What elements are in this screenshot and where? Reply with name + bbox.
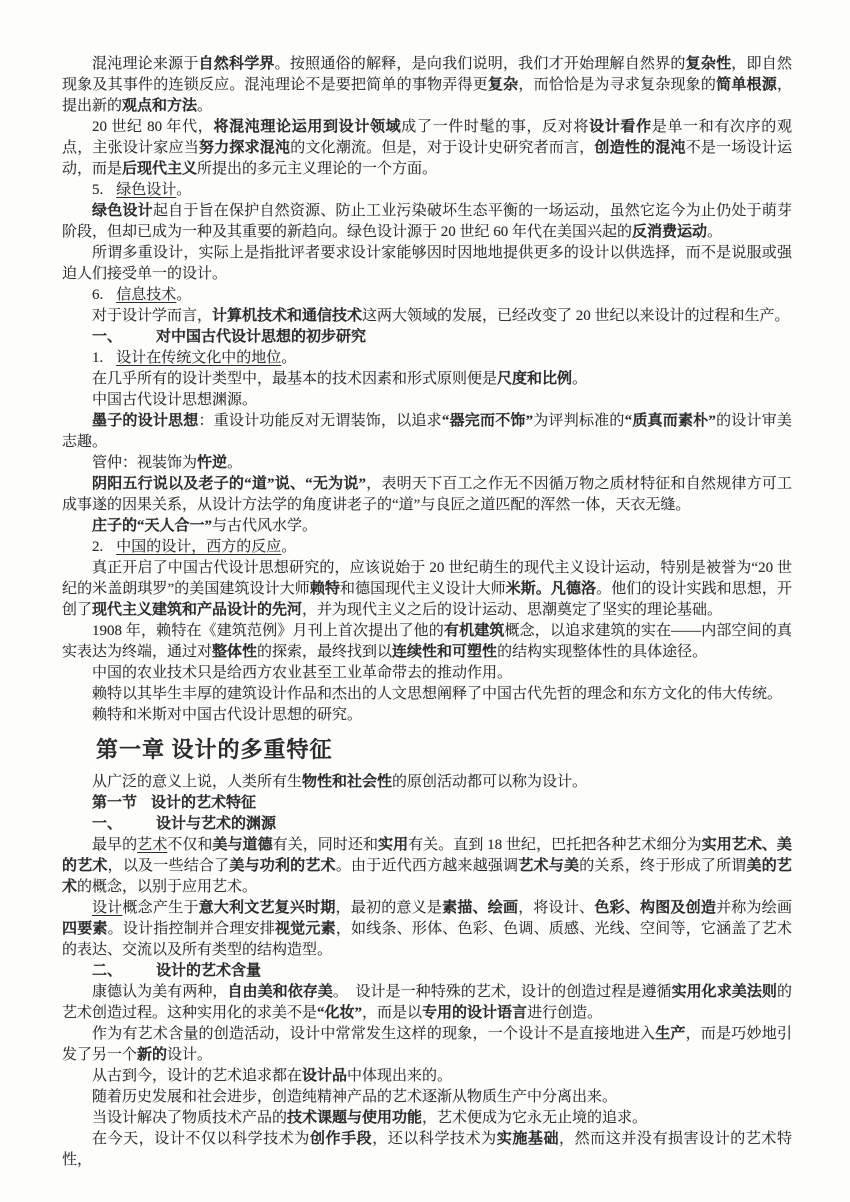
- text-run: 努力探求混沌: [199, 140, 290, 156]
- text-run: 有关，同时还和: [273, 837, 378, 853]
- text-run: 中国的农业技术只是给西方农业甚至工业革命带去的推动作用。: [92, 665, 512, 681]
- text-run: ，将设计、: [518, 900, 594, 916]
- text-run: 尺度和比例: [497, 371, 572, 387]
- text-run: 在今天，设计不仅以科学技术为: [92, 1131, 310, 1147]
- text-run: 米斯。凡德洛: [506, 581, 596, 597]
- text-run: 实施基础: [497, 1131, 559, 1147]
- text-run: 美与功利的艺术: [229, 858, 335, 874]
- paragraph: 设计概念产生于意大利文艺复兴时期，最初的意义是素描、绘画，将设计、色彩、构图及创…: [62, 898, 792, 961]
- text-run: ：重设计功能反对无谓装饰，以追求: [198, 413, 441, 429]
- paragraph: 赖特和米斯对中国古代设计思想的研究。: [62, 705, 792, 726]
- text-run: 。: [281, 539, 296, 555]
- text-run: 物性和社会性: [302, 774, 392, 790]
- text-run: 自然科学界: [199, 56, 275, 72]
- text-run: 自由美和依存美: [227, 984, 332, 1000]
- text-run: 设计: [92, 900, 122, 916]
- text-run: ，而恰恰是为寻求复杂现象的: [518, 77, 716, 93]
- text-run: 连续性和可塑性: [392, 644, 497, 660]
- text-run: 将混沌理论运用到设计领域: [213, 119, 401, 135]
- paragraph: 从广泛的意义上说，人类所有生物性和社会性的原创活动都可以称为设计。: [62, 772, 792, 793]
- paragraph: 在今天，设计不仅以科学技术为创作手段，还以科学技术为实施基础，然而这并没有损害设…: [62, 1129, 792, 1171]
- text-run: 2.: [92, 539, 103, 555]
- text-run: 有机建筑: [444, 623, 505, 639]
- paragraph: 庄子的“天人合一”与古代风水学。: [62, 516, 792, 537]
- chapter-heading: 第一章 设计的多重特征: [96, 735, 792, 765]
- paragraph: 从古到今，设计的艺术追求都在设计品中体现出来的。: [62, 1066, 792, 1087]
- text-run: 5.: [92, 182, 103, 198]
- text-run: 二、: [92, 963, 122, 979]
- text-run: 墨子的设计思想: [92, 413, 198, 429]
- paragraph: 随着历史发展和社会进步，创造纯精神产品的艺术逐渐从物质生产中分离出来。: [62, 1087, 792, 1108]
- paragraph: 1908 年，赖特在《建筑范例》月刊上首次提出了他的有机建筑概念，以追求建筑的实…: [62, 621, 792, 663]
- text-run: 康德认为美有两种，: [92, 984, 227, 1000]
- text-run: 技术课题与使用功能: [287, 1110, 422, 1126]
- paragraph: 赖特以其毕生丰厚的建筑设计作品和杰出的人文思想阐释了中国古代先哲的理念和东方文化…: [62, 684, 792, 705]
- paragraph: 墨子的设计思想：重设计功能反对无谓装饰，以追求“器完而不饰”为评判标准的“质真而…: [62, 411, 792, 453]
- paragraph: 阴阳五行说以及老子的“道”说、“无为说”，表明天下百工之作无不因循万物之质材特征…: [62, 474, 792, 516]
- text-run: 创造性的混沌: [594, 140, 685, 156]
- text-run: 最早的: [92, 837, 137, 853]
- text-run: 从古到今，设计的艺术追求都在: [92, 1068, 302, 1084]
- text-run: 20 世纪 80 年代，: [92, 119, 213, 135]
- text-run: 的原创活动都可以称为设计。: [392, 774, 587, 790]
- text-run: 四要素: [62, 921, 108, 937]
- text-run: 1.: [92, 350, 103, 366]
- text-run: 并称为绘画: [716, 900, 792, 916]
- text-run: 整体性: [212, 644, 257, 660]
- text-run: 在几乎所有的设计类型中，最基本的技术因素和形式原则便是: [92, 371, 497, 387]
- text-run: 设计的艺术含量: [156, 963, 261, 979]
- text-run: 和德国现代主义设计大师: [340, 581, 506, 597]
- paragraph: 中国的农业技术只是给西方农业甚至工业革命带去的推动作用。: [62, 663, 792, 684]
- text-run: 作为有艺术含量的创造活动，设计中常常发生这样的现象，一个设计不是直接地进入: [92, 1026, 655, 1042]
- text-run: “化妆”: [317, 1005, 362, 1021]
- text-run: 1908 年，赖特在《建筑范例》月刊上首次提出了他的: [92, 623, 444, 639]
- text-run: 赖特和米斯对中国古代设计思想的研究。: [92, 707, 362, 723]
- paragraph: 混沌理论来源于自然科学界。按照通俗的解释，是向我们说明，我们才开始理解自然界的复…: [62, 54, 792, 117]
- paragraph: 对于设计学而言，计算机技术和通信技术这两大领域的发展，已经改变了 20 世纪以来…: [62, 306, 792, 327]
- text-run: 意大利文艺复兴时期: [199, 900, 336, 916]
- paragraph: 所谓多重设计，实际上是指批评者要求设计家能够因时因地地提供更多的设计以供选择，而…: [62, 243, 792, 285]
- text-run: 复杂性: [686, 56, 732, 72]
- paragraph: 作为有艺术含量的创造活动，设计中常常发生这样的现象，一个设计不是直接地进入生产，…: [62, 1024, 792, 1066]
- text-run: 。: [281, 350, 296, 366]
- text-run: 对中国古代设计思想的初步研究: [156, 329, 366, 345]
- text-run: 第一节: [92, 795, 137, 811]
- text-run: 不仅和: [167, 837, 212, 853]
- text-run: 中国古代设计思想渊源。: [92, 392, 257, 408]
- section-heading: 一、对中国古代设计思想的初步研究: [62, 327, 792, 348]
- text-run: ，艺术便成为它永无止境的追求。: [422, 1110, 647, 1126]
- text-run: 设计与艺术的渊源: [156, 816, 276, 832]
- section-heading: 第一节设计的艺术特征: [62, 793, 792, 814]
- text-run: 设计在传统文化中的地位: [116, 350, 281, 366]
- paragraph: 绿色设计起自于旨在保护自然资源、防止工业污染破坏生态平衡的一场运动，虽然它迄今为…: [62, 201, 792, 243]
- text-run: 反消费运动: [632, 224, 707, 240]
- text-run: 。: [176, 182, 191, 198]
- paragraph: 当设计解决了物质技术产品的技术课题与使用功能，艺术便成为它永无止境的追求。: [62, 1108, 792, 1129]
- text-run: 中国的设计，西方的反应: [116, 539, 281, 555]
- numbered-list-item: 2.中国的设计，西方的反应。: [62, 537, 792, 558]
- text-run: 绿色设计: [92, 203, 153, 219]
- paragraph: 最早的艺术不仅和美与道德有关，同时还和实用有关。直到 18 世纪，巴托把各种艺术…: [62, 835, 792, 898]
- text-run: 这两大领域的发展，已经改变了 20 世纪以来设计的过程和生产。: [362, 308, 790, 324]
- text-run: 成了一件时髦的事，反对将: [401, 119, 589, 135]
- text-run: “质真而素朴”: [625, 413, 716, 429]
- text-run: 当设计解决了物质技术产品的: [92, 1110, 287, 1126]
- text-run: 专用的设计语言: [422, 1005, 527, 1021]
- text-run: 生产: [655, 1026, 685, 1042]
- text-run: 艺术与美: [518, 858, 579, 874]
- text-run: 色彩、构图及创造: [594, 900, 716, 916]
- text-run: 庄子的“天人合一”: [92, 518, 212, 534]
- text-run: 一、: [92, 816, 122, 832]
- text-run: 。设计指控制并合理安排: [108, 921, 275, 937]
- text-run: 与古代风水学。: [212, 518, 317, 534]
- paragraph: 管仲：视装饰为忤逆。: [62, 453, 792, 474]
- text-run: 的文化潮流。但是，对于设计史研究者而言，: [290, 140, 594, 156]
- text-run: 所提出的多元主义理论的一个方面。: [197, 161, 437, 177]
- text-run: 。 设计是一种特殊的艺术，设计的创造过程是遵循: [333, 984, 672, 1000]
- text-run: 进行创造。: [527, 1005, 602, 1021]
- text-run: 6.: [92, 287, 103, 303]
- text-run: 设计品: [302, 1068, 347, 1084]
- text-run: 。: [572, 371, 587, 387]
- text-run: 有关。直到 18 世纪，巴托把各种艺术细分为: [408, 837, 702, 853]
- text-run: 设计的艺术特征: [151, 795, 256, 811]
- text-run: 设计看作: [589, 119, 652, 135]
- text-run: 赖特以其毕生丰厚的建筑设计作品和杰出的人文思想阐释了中国古代先哲的理念和东方文化…: [92, 686, 782, 702]
- text-run: 的概念，以别于应用艺术。: [77, 879, 257, 895]
- text-run: 实用: [378, 837, 408, 853]
- text-run: ，最初的意义是: [336, 900, 443, 916]
- text-run: 新的: [137, 1047, 167, 1063]
- text-run: 观点和方法: [122, 98, 197, 114]
- numbered-list-item: 6.信息技术。: [62, 285, 792, 306]
- text-run: 的结构实现整体性的具体途径。: [497, 644, 707, 660]
- text-run: 的关系，终于形成了所谓: [579, 858, 746, 874]
- text-run: 后现代主义: [122, 161, 197, 177]
- text-run: 。: [176, 287, 191, 303]
- text-run: 阴阳五行说以及老子的“道”说、“无为说”: [92, 476, 366, 492]
- text-run: 忤逆: [197, 455, 227, 471]
- text-run: ，并为现代主义之后的设计运动、思潮奠定了坚实的理论基础。: [302, 602, 722, 618]
- text-run: 。: [197, 98, 212, 114]
- text-run: 绿色设计: [116, 182, 176, 198]
- text-run: 素描、绘画: [442, 900, 518, 916]
- text-run: 赖特: [310, 581, 340, 597]
- text-run: 概念产生于: [122, 900, 198, 916]
- text-run: 一、: [92, 329, 122, 345]
- section-heading: 二、设计的艺术含量: [62, 961, 792, 982]
- text-run: 计算机技术和通信技术: [212, 308, 362, 324]
- text-run: 中体现出来的。: [347, 1068, 452, 1084]
- text-run: 第一章 设计的多重特征: [96, 737, 333, 762]
- text-run: 。由于近代西方越来越强调: [336, 858, 519, 874]
- text-run: 美与道德: [212, 837, 272, 853]
- text-run: 对于设计学而言，: [92, 308, 212, 324]
- text-run: ，以及一些结合了: [108, 858, 230, 874]
- text-run: 管仲：视装饰为: [92, 455, 197, 471]
- text-run: 实用化求美法则: [672, 984, 777, 1000]
- text-run: 。按照通俗的解释，是向我们说明，我们才开始理解自然界的: [275, 56, 686, 72]
- paragraph: 真正开启了中国古代设计思想研究的，应该说始于 20 世纪萌生的现代主义设计运动，…: [62, 558, 792, 621]
- text-run: 信息技术: [116, 287, 176, 303]
- paragraph: 20 世纪 80 年代，将混沌理论运用到设计领域成了一件时髦的事，反对将设计看作…: [62, 117, 792, 180]
- text-run: 。: [707, 224, 722, 240]
- numbered-list-item: 1.设计在传统文化中的地位。: [62, 348, 792, 369]
- text-run: 视觉元素: [275, 921, 336, 937]
- document-body: 混沌理论来源于自然科学界。按照通俗的解释，是向我们说明，我们才开始理解自然界的复…: [62, 54, 792, 1171]
- numbered-list-item: 5.绿色设计。: [62, 180, 792, 201]
- text-run: 的探索，最终找到以: [257, 644, 392, 660]
- text-run: 复杂: [488, 77, 518, 93]
- section-heading: 一、设计与艺术的渊源: [62, 814, 792, 835]
- text-run: ，还以科学技术为: [372, 1131, 497, 1147]
- text-run: 。: [227, 455, 242, 471]
- text-run: 为评判标准的: [533, 413, 624, 429]
- text-run: 混沌理论来源于: [92, 56, 199, 72]
- text-run: 设计。: [167, 1047, 212, 1063]
- paragraph: 在几乎所有的设计类型中，最基本的技术因素和形式原则便是尺度和比例。: [62, 369, 792, 390]
- paragraph: 康德认为美有两种，自由美和依存美。 设计是一种特殊的艺术，设计的创造过程是遵循实…: [62, 982, 792, 1024]
- text-run: “器完而不饰”: [442, 413, 533, 429]
- text-run: 随着历史发展和社会进步，创造纯精神产品的艺术逐渐从物质生产中分离出来。: [92, 1089, 617, 1105]
- text-run: 所谓多重设计，实际上是指批评者要求设计家能够因时因地地提供更多的设计以供选择，而…: [62, 245, 792, 282]
- text-run: 从广泛的意义上说，人类所有生: [92, 774, 302, 790]
- text-run: 现代主义建筑和产品设计的先河: [92, 602, 302, 618]
- scanned-document-page: 混沌理论来源于自然科学界。按照通俗的解释，是向我们说明，我们才开始理解自然界的复…: [0, 0, 850, 1202]
- text-run: 创作手段: [310, 1131, 372, 1147]
- text-run: 简单根源: [716, 77, 777, 93]
- text-run: 艺术: [137, 837, 167, 853]
- paragraph: 中国古代设计思想渊源。: [62, 390, 792, 411]
- text-run: ，而是以: [362, 1005, 422, 1021]
